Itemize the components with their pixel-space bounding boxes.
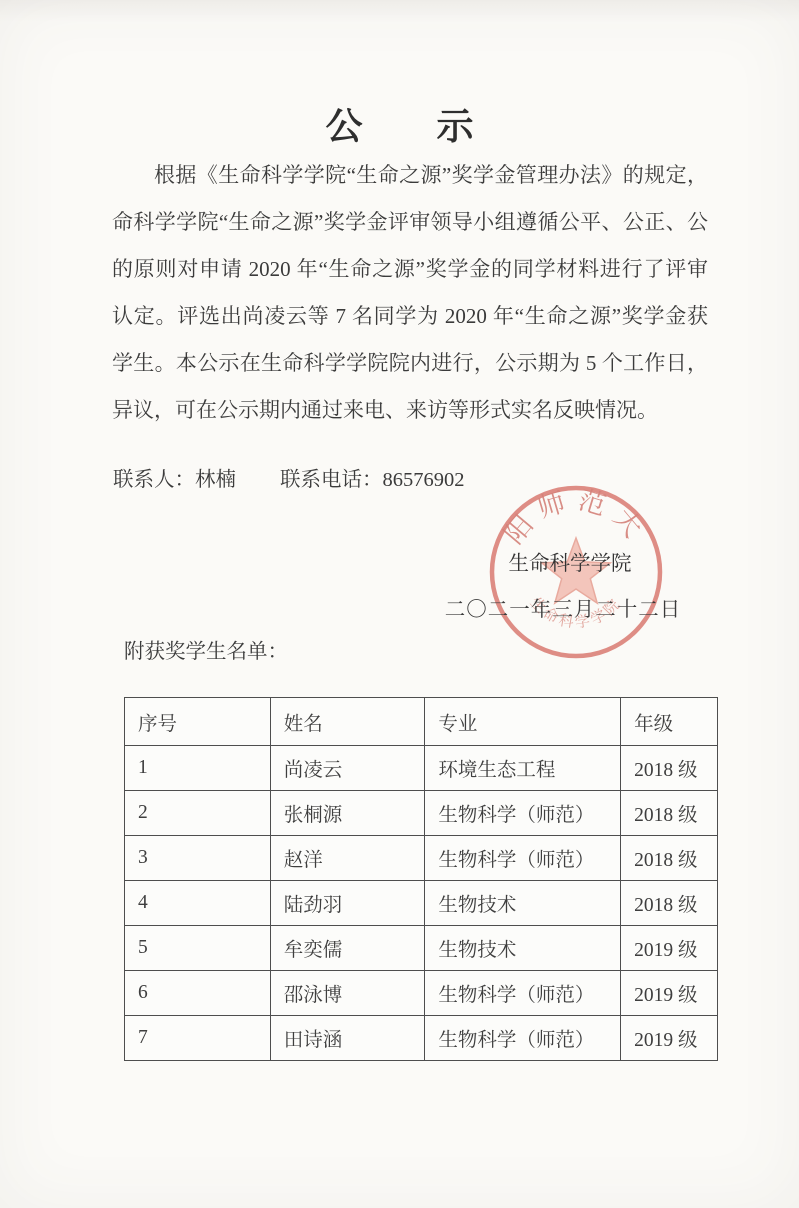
body-line: 异议，可在公示期内通过来电、来访等形式实名反映情况。: [112, 387, 708, 434]
cell-serial: 6: [125, 971, 271, 1016]
header-grade: 年级: [621, 698, 718, 746]
body-line: 根据《生命科学学院“生命之源”奖学金管理办法》的规定，生: [112, 152, 708, 199]
cell-name: 邵泳博: [270, 971, 425, 1016]
announcement-page: 公 示 根据《生命科学学院“生命之源”奖学金管理办法》的规定，生 命科学学院“生…: [0, 0, 799, 1208]
cell-major: 生物技术: [425, 926, 621, 971]
contact-phone: 联系电话：86576902: [280, 469, 465, 491]
contact-person: 联系人：林楠: [113, 469, 236, 491]
cell-major: 生物科学（师范）: [425, 971, 621, 1016]
cell-major: 生物科学（师范）: [425, 791, 621, 836]
cell-name: 赵洋: [270, 836, 425, 881]
cell-name: 牟奕儒: [270, 926, 425, 971]
table-row: 2 张桐源 生物科学（师范） 2018 级: [125, 791, 718, 836]
svg-text:阳师范大学: 阳师范大学: [486, 482, 654, 550]
attachment-label: 附获奖学生名单：: [124, 634, 288, 664]
cell-serial: 5: [125, 926, 271, 971]
cell-grade: 2018 级: [621, 836, 718, 881]
cell-grade: 2018 级: [621, 881, 718, 926]
body-line: 命科学学院“生命之源”奖学金评审领导小组遵循公平、公正、公开: [112, 199, 708, 246]
cell-grade: 2019 级: [621, 926, 718, 971]
header-major: 专业: [425, 698, 621, 746]
table-row: 1 尚凌云 环境生态工程 2018 级: [125, 746, 718, 791]
cell-major: 环境生态工程: [425, 746, 621, 791]
seal-top-arc-text: 阳师范大学: [486, 482, 654, 550]
cell-name: 张桐源: [270, 791, 425, 836]
cell-major: 生物科学（师范）: [425, 1016, 621, 1061]
cell-serial: 3: [125, 836, 271, 881]
page-title: 公 示: [0, 96, 799, 150]
header-name: 姓名: [270, 698, 425, 746]
cell-grade: 2018 级: [621, 746, 718, 791]
contact-line: 联系人：林楠联系电话：86576902: [113, 462, 465, 492]
cell-serial: 1: [125, 746, 271, 791]
table-row: 3 赵洋 生物科学（师范） 2018 级: [125, 836, 718, 881]
cell-serial: 7: [125, 1016, 271, 1061]
cell-major: 生物技术: [425, 881, 621, 926]
body-line: 认定。评选出尚凌云等 7 名同学为 2020 年“生命之源”奖学金获奖: [112, 293, 708, 340]
cell-name: 陆劲羽: [270, 881, 425, 926]
body-line: 的原则对申请 2020 年“生命之源”奖学金的同学材料进行了评审及: [112, 246, 708, 293]
table-row: 5 牟奕儒 生物技术 2019 级: [125, 926, 718, 971]
body-line: 学生。本公示在生命科学学院院内进行，公示期为 5 个工作日，如有: [112, 340, 708, 387]
header-serial: 序号: [125, 698, 271, 746]
cell-serial: 2: [125, 791, 271, 836]
cell-name: 尚凌云: [270, 746, 425, 791]
cell-name: 田诗涵: [270, 1016, 425, 1061]
table-header-row: 序号 姓名 专业 年级: [125, 698, 718, 746]
table-row: 6 邵泳博 生物科学（师范） 2019 级: [125, 971, 718, 1016]
cell-grade: 2018 级: [621, 791, 718, 836]
winners-table: 序号 姓名 专业 年级 1 尚凌云 环境生态工程 2018 级 2 张桐源 生物…: [124, 697, 718, 1061]
announcement-body: 根据《生命科学学院“生命之源”奖学金管理办法》的规定，生 命科学学院“生命之源”…: [112, 152, 708, 434]
cell-grade: 2019 级: [621, 971, 718, 1016]
cell-grade: 2019 级: [621, 1016, 718, 1061]
table-row: 7 田诗涵 生物科学（师范） 2019 级: [125, 1016, 718, 1061]
cell-serial: 4: [125, 881, 271, 926]
cell-major: 生物科学（师范）: [425, 836, 621, 881]
table-row: 4 陆劲羽 生物技术 2018 级: [125, 881, 718, 926]
signature-date: 二〇二一年三月二十二日: [433, 592, 693, 622]
signature-organization: 生命科学学院: [455, 546, 685, 576]
